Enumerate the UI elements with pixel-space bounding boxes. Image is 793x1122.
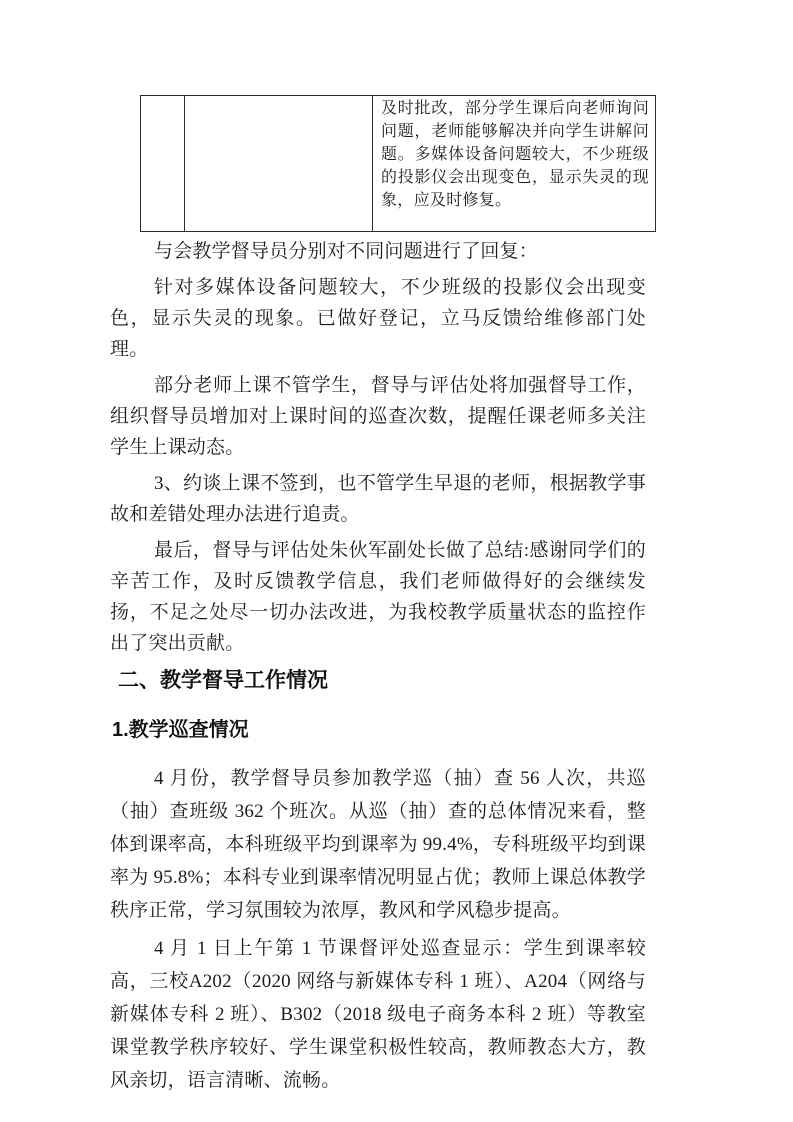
paragraph-summary: 最后，督导与评估处朱伙军副处长做了总结:感谢同学们的辛苦工作，及时反馈教学信息，…	[110, 535, 646, 659]
paragraph-inspection-april1: 4 月 1 日上午第 1 节课督评处巡查显示：学生到课率较高，三校A202（20…	[110, 932, 646, 1097]
document-page: 及时批改，部分学生课后向老师询问问题，老师能够解决并向学生讲解问题。多媒体设备问…	[0, 0, 793, 1122]
table-cell-feedback-text: 及时批改，部分学生课后向老师询问问题，老师能够解决并向学生讲解问题。多媒体设备问…	[373, 96, 655, 212]
table-cell-topic-text	[185, 96, 372, 97]
table-cell-index	[141, 96, 185, 232]
paragraph-supervision-plan: 部分老师上课不管学生，督导与评估处将加强督导工作，组织督导员增加对上课时间的巡查…	[110, 370, 646, 463]
feedback-table-grid: 及时批改，部分学生课后向老师询问问题，老师能够解决并向学生讲解问题。多媒体设备问…	[140, 95, 656, 232]
table-cell-index-text	[141, 96, 184, 97]
paragraph-reply-intro: 与会教学督导员分别对不同问题进行了回复：	[110, 236, 646, 267]
section-heading-supervision: 二、教学督导工作情况	[118, 664, 646, 697]
feedback-table: 及时批改，部分学生课后向老师询问问题，老师能够解决并向学生讲解问题。多媒体设备问…	[140, 95, 656, 232]
table-cell-topic	[185, 96, 373, 232]
paragraph-inspection-stats: 4 月份，教学督导员参加教学巡（抽）查 56 人次，共巡（抽）查班级 362 个…	[110, 762, 646, 927]
subsection-heading-inspection: 1.教学巡查情况	[112, 714, 646, 746]
document-body: 与会教学督导员分别对不同问题进行了回复： 针对多媒体设备问题较大，不少班级的投影…	[110, 236, 646, 1102]
table-cell-feedback: 及时批改，部分学生课后向老师询问问题，老师能够解决并向学生讲解问题。多媒体设备问…	[373, 96, 656, 232]
paragraph-projector-issue: 针对多媒体设备问题较大，不少班级的投影仪会出现变色，显示失灵的现象。已做好登记，…	[110, 272, 646, 365]
table-row: 及时批改，部分学生课后向老师询问问题，老师能够解决并向学生讲解问题。多媒体设备问…	[141, 96, 656, 232]
paragraph-accountability: 3、约谈上课不签到，也不管学生早退的老师，根据教学事故和差错处理办法进行追责。	[110, 468, 646, 530]
